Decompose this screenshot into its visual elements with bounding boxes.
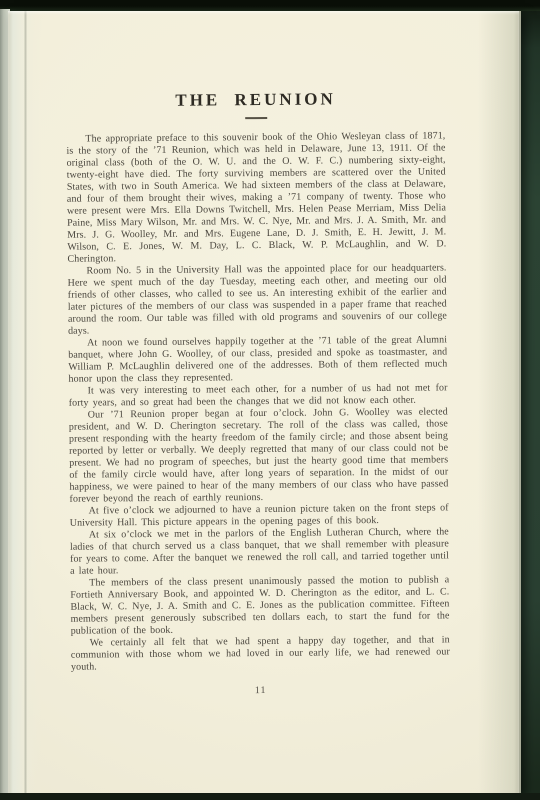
paragraph: At six o’clock we met in the parlors of … <box>70 526 449 577</box>
page-number: 11 <box>11 683 522 698</box>
paragraph: The appropriate preface to this souvenir… <box>66 130 446 265</box>
paragraph: We certainly all felt that we had spent … <box>71 634 450 673</box>
book-cover: THE REUNION The appropriate preface to t… <box>0 0 540 800</box>
paragraph: It was very interesting to meet each oth… <box>69 382 448 409</box>
title-divider <box>245 117 267 119</box>
book-cover-bottom-edge <box>0 793 540 800</box>
paragraph: Room No. 5 in the University Hall was th… <box>67 262 447 337</box>
paragraph: The members of the class present unanimo… <box>70 574 450 637</box>
page-content: THE REUNION The appropriate preface to t… <box>5 9 523 795</box>
paragraph: Our ’71 Reunion proper began at four o’c… <box>69 406 449 505</box>
page-title: THE REUNION <box>5 9 517 110</box>
paragraph: At noon we found ourselves happily toget… <box>68 334 447 385</box>
paragraph: At five o’clock we adjourned to have a r… <box>70 502 449 529</box>
text-body: The appropriate preface to this souvenir… <box>6 130 522 674</box>
book-page: THE REUNION The appropriate preface to t… <box>8 11 519 793</box>
